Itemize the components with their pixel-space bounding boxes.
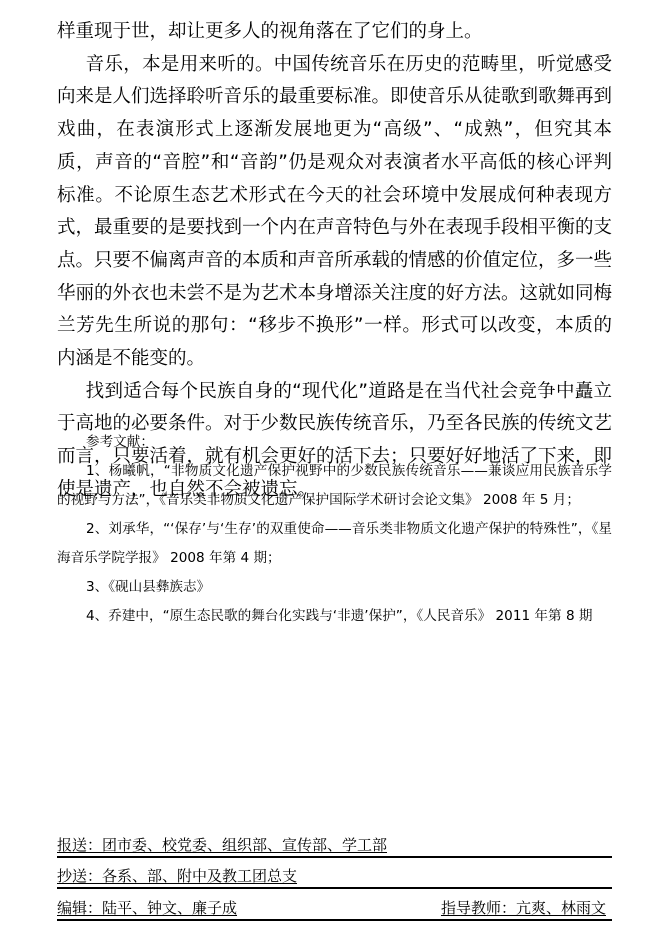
footer-row-report-to: 报送：团市委、校党委、组织部、宣传部、学工部 [57, 826, 612, 858]
distribution-footer: 报送：团市委、校党委、组织部、宣传部、学工部 抄送：各系、部、附中及教工团总支 … [57, 826, 612, 921]
references-title: 参考文献： [57, 428, 612, 457]
reference-item-3: 3、《砚山县彝族志》 [57, 573, 612, 602]
body-paragraph-2: 音乐，本是用来听的。中国传统音乐在历史的范畴里，听觉感受向来是人们选择聆听音乐的… [57, 49, 612, 376]
reference-item-4: 4、乔建中，“原生态民歌的舞台化实践与‘非遗’保护”，《人民音乐》 2011 年… [57, 602, 612, 631]
document-page: 样重现于世，却让更多人的视角落在了它们的身上。 音乐，本是用来听的。中国传统音乐… [0, 0, 671, 934]
copy-to-text: 抄送：各系、部、附中及教工团总支 [57, 865, 297, 886]
references-section: 参考文献： 1、杨曦帆，“非物质文化遗产保护视野中的少数民族传统音乐——兼谈应用… [57, 428, 612, 631]
footer-row-editors: 编辑：陆平、钟文、廉子成 指导教师：亢爽、林雨文 [57, 889, 612, 921]
body-paragraph-1: 样重现于世，却让更多人的视角落在了它们的身上。 [57, 16, 612, 49]
reference-item-1: 1、杨曦帆，“非物质文化遗产保护视野中的少数民族传统音乐——兼谈应用民族音乐学的… [57, 457, 612, 515]
reference-item-2: 2、刘承华，“‘保存’与‘生存’的双重使命——音乐类非物质文化遗产保护的特殊性”… [57, 515, 612, 573]
footer-row-copy-to: 抄送：各系、部、附中及教工团总支 [57, 858, 612, 890]
editors-text: 编辑：陆平、钟文、廉子成 [57, 897, 237, 918]
advisors-text: 指导教师：亢爽、林雨文 [441, 897, 606, 918]
report-to-text: 报送：团市委、校党委、组织部、宣传部、学工部 [57, 834, 387, 855]
